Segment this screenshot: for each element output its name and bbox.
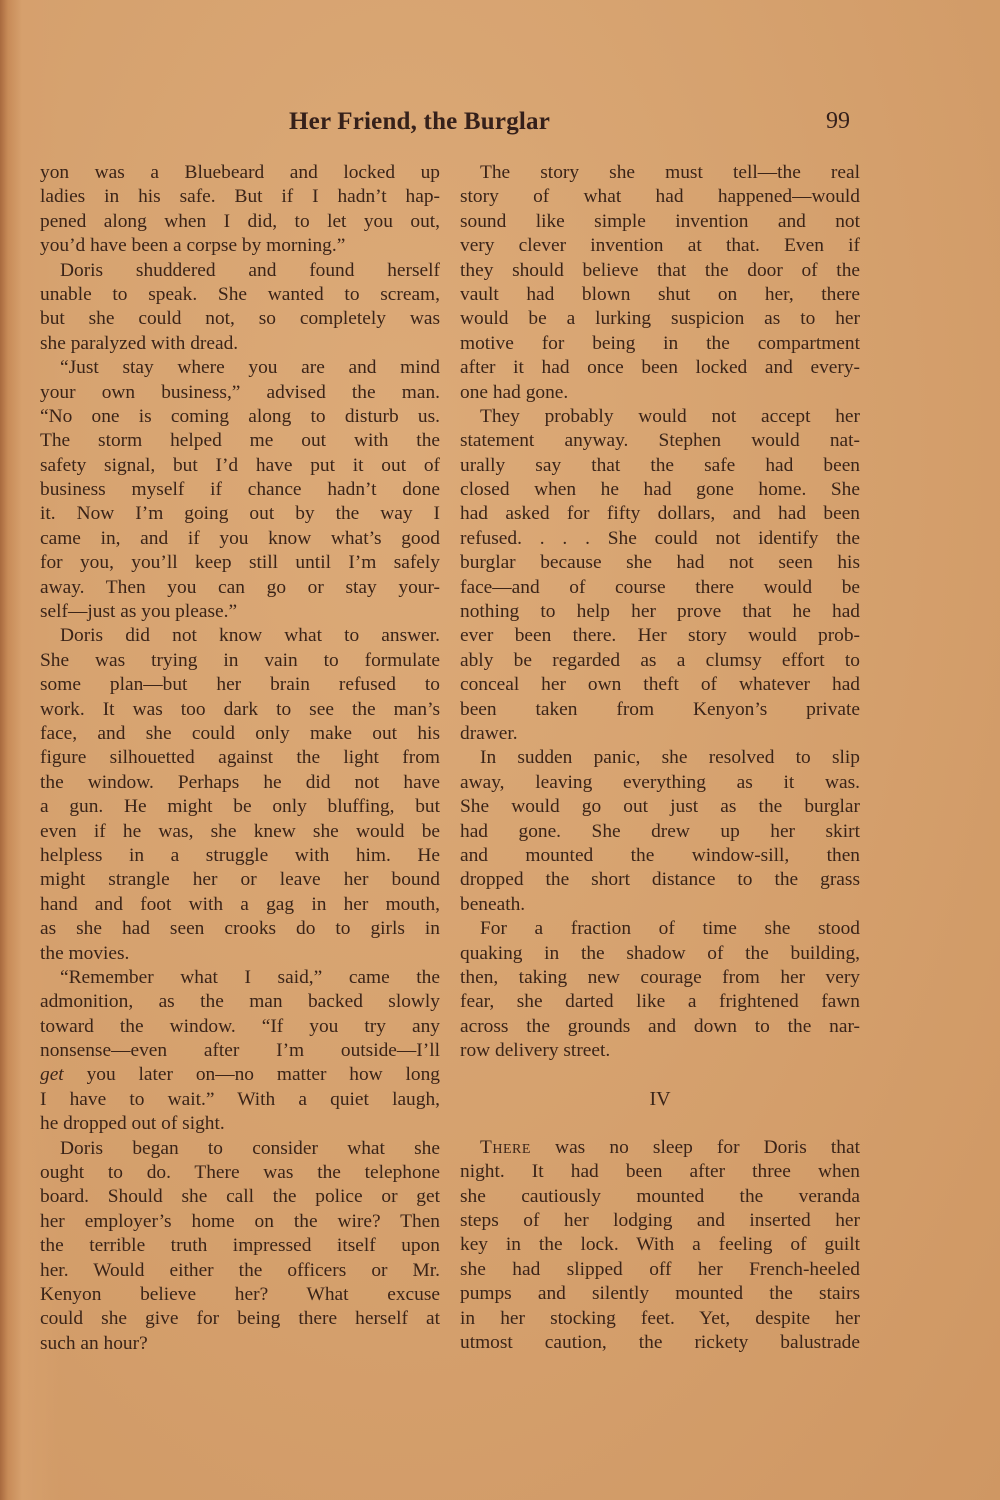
text-line: unable to speak. She wanted to scream, bbox=[40, 283, 440, 307]
text-line: hand and foot with a gag in her mouth, bbox=[40, 893, 440, 917]
text-line: she cautiously mounted the veranda bbox=[460, 1185, 860, 1209]
text-line: burglar because she had not seen his bbox=[460, 551, 860, 575]
text-line: some plan—but her brain refused to bbox=[40, 673, 440, 697]
text-line: work. It was too dark to see the man’s bbox=[40, 698, 440, 722]
text-fragment: you later on—no matter how long bbox=[87, 1064, 440, 1085]
text-line: figure silhouetted against the light fro… bbox=[40, 746, 440, 770]
text-line: even if he was, she knew she would be bbox=[40, 820, 440, 844]
text-line: Kenyon believe her? What excuse bbox=[40, 1283, 440, 1307]
text-line: face—and of course there would be bbox=[460, 576, 860, 600]
paragraph-start: For a fraction of time she stood bbox=[460, 917, 860, 941]
text-line: motive for being in the compartment bbox=[460, 332, 860, 356]
text-line: she had slipped off her French-heeled bbox=[460, 1258, 860, 1282]
text-line: She would go out just as the burglar bbox=[460, 795, 860, 819]
text-line: board. Should she call the police or get bbox=[40, 1185, 440, 1209]
paragraph-start: Doris began to consider what she bbox=[40, 1137, 440, 1161]
text-line: pened along when I did, to let you out, bbox=[40, 210, 440, 234]
text-line: ought to do. There was the telephone bbox=[40, 1161, 440, 1185]
text-line: then, taking new courage from her very bbox=[460, 966, 860, 990]
text-line: the window. Perhaps he did not have bbox=[40, 771, 440, 795]
text-line: quaking in the shadow of the building, bbox=[460, 942, 860, 966]
text-line: away, leaving everything as it was. bbox=[460, 771, 860, 795]
text-line: nonsense—even after I’m outside—I’ll bbox=[40, 1039, 440, 1063]
text-line: had asked for fifty dollars, and had bee… bbox=[460, 502, 860, 526]
running-title: Her Friend, the Burglar bbox=[289, 108, 550, 136]
section-numeral: IV bbox=[460, 1087, 860, 1111]
text-line: ladies in his safe. But if I hadn’t hap- bbox=[40, 185, 440, 209]
section-opening-line: There was no sleep for Doris that bbox=[460, 1136, 860, 1160]
text-line: steps of her lodging and inserted her bbox=[460, 1209, 860, 1233]
text-line: the terrible truth impressed itself upon bbox=[40, 1234, 440, 1258]
text-line: came in, and if you know what’s good bbox=[40, 527, 440, 551]
paragraph-start: “Remember what I said,” came the bbox=[40, 966, 440, 990]
text-line: The storm helped me out with the bbox=[40, 429, 440, 453]
text-line: closed when he had gone home. She bbox=[460, 478, 860, 502]
text-line: utmost caution, the rickety balustrade bbox=[460, 1331, 860, 1355]
text-line: sound like simple invention and not bbox=[460, 210, 860, 234]
text-fragment: was no sleep for Doris that bbox=[531, 1137, 860, 1158]
text-line: key in the lock. With a feeling of guilt bbox=[460, 1233, 860, 1257]
text-line: she paralyzed with dread. bbox=[40, 332, 440, 356]
text-line: urally say that the safe had been bbox=[460, 454, 860, 478]
text-line: her employer’s home on the wire? Then bbox=[40, 1210, 440, 1234]
text-line: had gone. She drew up her skirt bbox=[460, 820, 860, 844]
text-line: such an hour? bbox=[40, 1332, 440, 1356]
right-column: The story she must tell—the real story o… bbox=[460, 161, 860, 1355]
text-line: admonition, as the man backed slowly bbox=[40, 990, 440, 1014]
text-line: conceal her own theft of whatever had bbox=[460, 673, 860, 697]
text-line: nothing to help her prove that he had bbox=[460, 600, 860, 624]
text-line: face, and she could only make out his bbox=[40, 722, 440, 746]
text-line: your own business,” advised the man. bbox=[40, 381, 440, 405]
text-line: after it had once been locked and every- bbox=[460, 356, 860, 380]
text-line: drawer. bbox=[460, 722, 860, 746]
text-line: beneath. bbox=[460, 893, 860, 917]
text-line: refused. . . . She could not identify th… bbox=[460, 527, 860, 551]
text-line-with-italic: get you later on—no matter how long bbox=[40, 1063, 440, 1087]
running-head: Her Friend, the Burglar 99 bbox=[0, 108, 1000, 142]
text-line: helpless in a struggle with him. He bbox=[40, 844, 440, 868]
text-line: business myself if chance hadn’t done bbox=[40, 478, 440, 502]
text-line: they should believe that the door of the bbox=[460, 259, 860, 283]
text-line: “No one is coming along to disturb us. bbox=[40, 405, 440, 429]
text-line: very clever invention at that. Even if bbox=[460, 234, 860, 258]
text-line: the movies. bbox=[40, 942, 440, 966]
text-line: her. Would either the officers or Mr. bbox=[40, 1259, 440, 1283]
text-line: story of what had happened—would bbox=[460, 185, 860, 209]
small-caps-opening: There bbox=[480, 1137, 531, 1158]
text-line: fear, she darted like a frightened fawn bbox=[460, 990, 860, 1014]
text-line: I have to wait.” With a quiet laugh, bbox=[40, 1088, 440, 1112]
text-line: he dropped out of sight. bbox=[40, 1112, 440, 1136]
text-line: been taken from Kenyon’s private bbox=[460, 698, 860, 722]
text-line: one had gone. bbox=[460, 381, 860, 405]
text-line: safety signal, but I’d have put it out o… bbox=[40, 454, 440, 478]
text-line: in her stocking feet. Yet, despite her bbox=[460, 1307, 860, 1331]
text-line: yon was a Bluebeard and locked up bbox=[40, 161, 440, 185]
text-line: ably be regarded as a clumsy effort to bbox=[460, 649, 860, 673]
text-line: self—just as you please.” bbox=[40, 600, 440, 624]
text-line: row delivery street. bbox=[460, 1039, 860, 1063]
paragraph-start: In sudden panic, she resolved to slip bbox=[460, 746, 860, 770]
text-line: it. Now I’m going out by the way I bbox=[40, 502, 440, 526]
text-line: and mounted the window-sill, then bbox=[460, 844, 860, 868]
left-column: yon was a Bluebeard and locked up ladies… bbox=[40, 161, 440, 1356]
book-page: Her Friend, the Burglar 99 yon was a Blu… bbox=[0, 0, 1000, 1500]
paragraph-start: The story she must tell—the real bbox=[460, 161, 860, 185]
text-line: might strangle her or leave her bound bbox=[40, 868, 440, 892]
text-line: a gun. He might be only bluffing, but bbox=[40, 795, 440, 819]
italic-word: get bbox=[40, 1064, 64, 1085]
text-line: across the grounds and down to the nar- bbox=[460, 1015, 860, 1039]
paragraph-start: “Just stay where you are and mind bbox=[40, 356, 440, 380]
page-number: 99 bbox=[826, 108, 850, 135]
text-line: toward the window. “If you try any bbox=[40, 1015, 440, 1039]
text-line: night. It had been after three when bbox=[460, 1160, 860, 1184]
text-line: away. Then you can go or stay your- bbox=[40, 576, 440, 600]
text-line: but she could not, so completely was bbox=[40, 307, 440, 331]
paragraph-start: They probably would not accept her bbox=[460, 405, 860, 429]
text-line: could she give for being there herself a… bbox=[40, 1307, 440, 1331]
text-line: ever been there. Her story would prob- bbox=[460, 624, 860, 648]
text-line: as she had seen crooks do to girls in bbox=[40, 917, 440, 941]
text-line: dropped the short distance to the grass bbox=[460, 868, 860, 892]
text-line: vault had blown shut on her, there bbox=[460, 283, 860, 307]
paragraph-start: Doris shuddered and found herself bbox=[40, 259, 440, 283]
text-line: pumps and silently mounted the stairs bbox=[460, 1282, 860, 1306]
text-line: She was trying in vain to formulate bbox=[40, 649, 440, 673]
text-line: statement anyway. Stephen would nat- bbox=[460, 429, 860, 453]
text-line: you’d have been a corpse by morning.” bbox=[40, 234, 440, 258]
text-line: for you, you’ll keep still until I’m saf… bbox=[40, 551, 440, 575]
text-line: would be a lurking suspicion as to her bbox=[460, 307, 860, 331]
paragraph-start: Doris did not know what to answer. bbox=[40, 624, 440, 648]
